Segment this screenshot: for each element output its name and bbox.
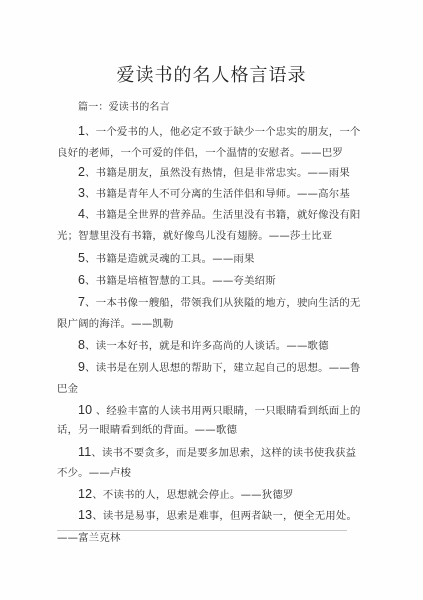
quote-7-line-2: 限广阔的海洋。——凯勒 [57, 317, 174, 331]
quote-number: 10 [78, 403, 92, 417]
quote-8-line-1: 8、读一本好书，就是和许多高尚的人谈话。——歌德 [78, 338, 329, 353]
quote-11-line-2: 不少。——卢梭 [57, 466, 131, 480]
quote-7-line-1: 7、一本书像一艘船，带领我们从狭隘的地方，驶向生活的无 [78, 295, 361, 310]
quote-10-line-2: 话，另一眼睛看到纸的背面。——歌德 [57, 423, 237, 437]
section-heading: 篇一：爱读书的名言 [78, 101, 170, 115]
quote-6-line-1: 6、书籍是培植智慧的工具。——夸美绍斯 [78, 273, 276, 288]
quote-9-line-2: 巴金 [57, 382, 78, 396]
quote-number: 12 [78, 487, 92, 501]
document-page: 爱读书的名人格言语录 篇一：爱读书的名言 1、一个爱书的人，他必定不致于缺少一个… [0, 0, 423, 600]
quote-9-line-1: 9、读书是在别人思想的帮助下，建立起自己的思想。——鲁 [78, 360, 361, 375]
quote-4-line-2: 光；智慧里没有书籍，就好像鸟儿没有翅膀。——莎士比亚 [57, 229, 332, 243]
quote-1-line-2: 良好的老师，一个可爱的伴侣，一个温情的安慰者。——巴罗 [57, 146, 343, 160]
quote-number: 13 [78, 508, 92, 522]
quote-5-line-1: 5、书籍是造就灵魂的工具。——雨果 [78, 251, 255, 266]
quote-4-line-1: 4、书籍是全世界的营养品。生活里没有书籍，就好像没有阳 [78, 207, 361, 222]
quote-3-line-1: 3、书籍是青年人不可分离的生活伴侣和导师。——高尔基 [78, 186, 350, 201]
document-title: 爱读书的名人格言语录 [0, 64, 423, 88]
quote-10-line-1: 10 、经验丰富的人读书用两只眼睛，一只眼睛看到纸面上的 [78, 403, 361, 418]
quote-1-line-1: 1、一个爱书的人，他必定不致于缺少一个忠实的朋友，一个 [78, 124, 361, 139]
quote-12-line-1: 12、不读书的人，思想就会停止。——狄德罗 [78, 487, 294, 502]
quote-11-line-1: 11、读书不要贪多，而是要多加思索，这样的读书使我获益 [78, 445, 356, 460]
quote-13-line-1: 13、读书是易事，思索是难事，但两者缺一，便全无用处。 [78, 508, 357, 523]
quote-13-line-2: ——富兰克林 [57, 531, 121, 545]
quote-2-line-1: 2、书籍是朋友，虽然没有热情，但是非常忠实。——雨果 [78, 165, 350, 180]
quote-number: 11 [78, 445, 91, 459]
